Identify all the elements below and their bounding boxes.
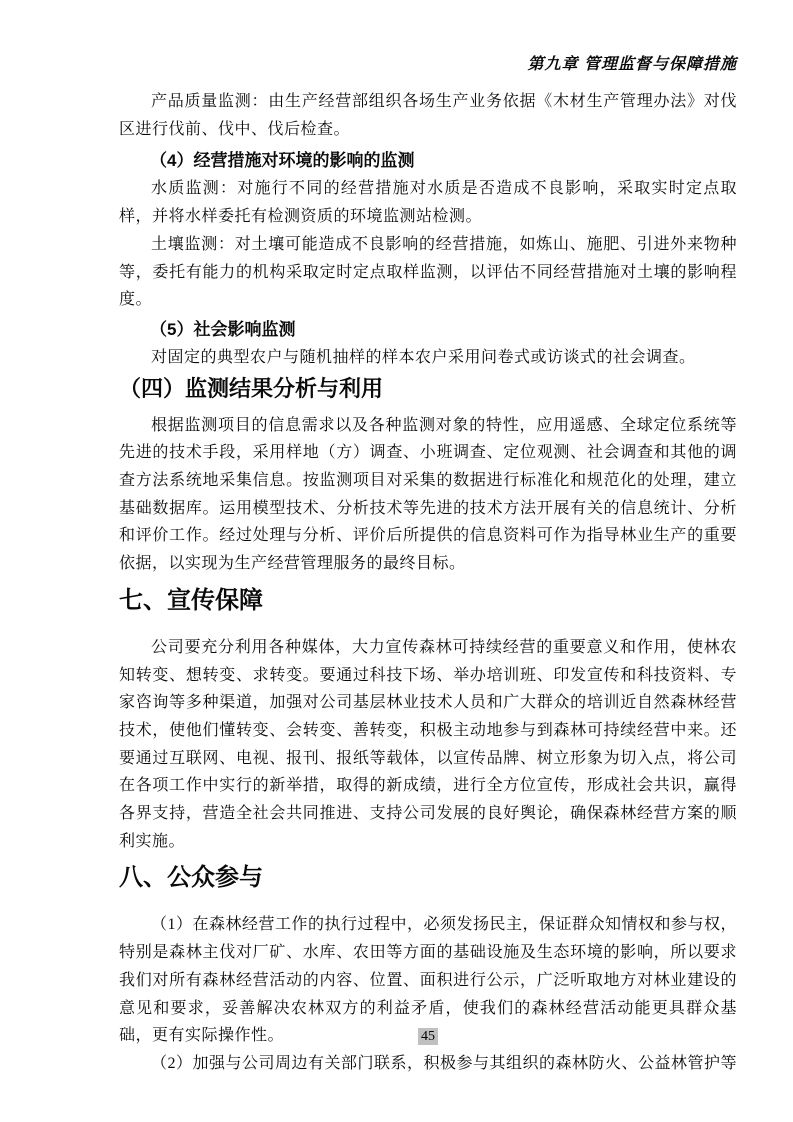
heading-section-4-monitoring-result-analysis: （四）监测结果分析与利用 [119,374,737,404]
paragraph-publicity: 公司要充分利用各种媒体，大力宣传森林可持续经营的重要意义和作用，使林农知转变、想… [119,634,737,856]
heading-sub-4-environment-impact-monitoring: （4）经营措施对环境的影响的监测 [119,149,737,173]
heading-sub-5-social-impact-monitoring: （5）社会影响监测 [119,318,737,342]
heading-chapter-8-public-participation: 八、公众参与 [119,861,737,895]
paragraph-monitoring-analysis: 根据监测项目的信息需求以及各种监测对象的特性，应用遥感、全球定位系统等先进的技术… [119,412,737,578]
running-header-chapter-title: 第九章 管理监督与保障措施 [119,55,737,75]
paragraph-water-quality-monitoring: 水质监测：对施行不同的经营措施对水质是否造成不良影响，采取实时定点取样，并将水样… [119,175,737,230]
page-footer: 45 [119,1027,737,1045]
document-body: 产品质量监测：由生产经营部组织各场生产业务依据《木材生产管理办法》对伐区进行伐前… [119,88,737,1078]
page-number: 45 [418,1028,438,1045]
paragraph-public-participation-2: （2）加强与公司周边有关部门联系，积极参与其组织的森林防火、公益林管护等 [119,1050,737,1078]
paragraph-soil-monitoring: 土壤监测：对土壤可能造成不良影响的经营措施，如炼山、施肥、引进外来物种等，委托有… [119,231,737,314]
heading-chapter-7-publicity-safeguard: 七、宣传保障 [119,584,737,618]
document-page: 第九章 管理监督与保障措施 产品质量监测：由生产经营部组织各场生产业务依据《木材… [0,0,793,1122]
paragraph-product-quality-monitoring: 产品质量监测：由生产经营部组织各场生产业务依据《木材生产管理办法》对伐区进行伐前… [119,88,737,143]
paragraph-social-survey: 对固定的典型农户与随机抽样的样本农户采用问卷式或访谈式的社会调查。 [119,344,737,372]
